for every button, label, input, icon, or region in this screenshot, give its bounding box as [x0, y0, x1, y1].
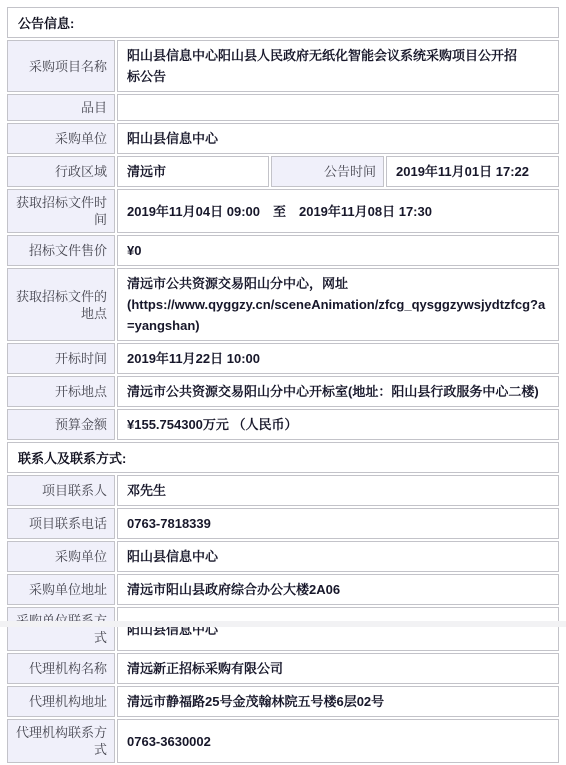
agency-contact-value: 0763-3630002: [117, 719, 559, 763]
budget-label: 预算金额: [7, 409, 115, 440]
doc-obtain-place-label: 获取招标文件的地点: [7, 268, 115, 341]
table-row: 招标文件售价 ¥0: [7, 235, 559, 266]
contact-person-label: 项目联系人: [7, 475, 115, 506]
doc-price-value: ¥0: [117, 235, 559, 266]
budget-value: ¥155.754300万元 （人民币）: [117, 409, 559, 440]
table-row: 代理机构名称 清远新正招标采购有限公司: [7, 653, 559, 684]
page-bottom-strip: [0, 621, 566, 627]
table-row: 采购单位 阳山县信息中心: [7, 123, 559, 154]
table-row: 代理机构地址 清远市静福路25号金茂翰林院五号楼6层02号: [7, 686, 559, 717]
region-value: 清远市: [117, 156, 269, 187]
category-value: [117, 94, 559, 121]
doc-obtain-time-label: 获取招标文件时间: [7, 189, 115, 233]
table-row: 获取招标文件的地点 清远市公共资源交易阳山分中心，网址 (https://www…: [7, 268, 559, 341]
table-row: 行政区域 清远市 公告时间 2019年11月01日 17:22: [7, 156, 559, 187]
bid-open-place-label: 开标地点: [7, 376, 115, 407]
region-label: 行政区域: [7, 156, 115, 187]
announce-time-label: 公告时间: [271, 156, 384, 187]
table-row: 采购单位 阳山县信息中心: [7, 541, 559, 572]
procurement-info-table: 公告信息: 采购项目名称 阳山县信息中心阳山县人民政府无纸化智能会议系统采购项目…: [5, 5, 561, 765]
agency-contact-label: 代理机构联系方式: [7, 719, 115, 763]
announcement-section-title: 公告信息:: [7, 7, 559, 38]
table-row: 项目联系电话 0763-7818339: [7, 508, 559, 539]
table-row: 采购单位地址 清远市阳山县政府综合办公大楼2A06: [7, 574, 559, 605]
bid-open-place-value: 清远市公共资源交易阳山分中心开标室(地址：阳山县行政服务中心二楼): [117, 376, 559, 407]
doc-obtain-time-value: 2019年11月04日 09:00 至 2019年11月08日 17:30: [117, 189, 559, 233]
contact-person-value: 邓先生: [117, 475, 559, 506]
contact-phone-label: 项目联系电话: [7, 508, 115, 539]
purchaser-label: 采购单位: [7, 123, 115, 154]
purchaser-address-value: 清远市阳山县政府综合办公大楼2A06: [117, 574, 559, 605]
category-label: 品目: [7, 94, 115, 121]
section-row-announcement: 公告信息:: [7, 7, 559, 38]
contact-purchaser-value: 阳山县信息中心: [117, 541, 559, 572]
doc-price-label: 招标文件售价: [7, 235, 115, 266]
agency-name-value: 清远新正招标采购有限公司: [117, 653, 559, 684]
purchaser-contact-label: 采购单位联系方式: [7, 607, 115, 651]
agency-address-value: 清远市静福路25号金茂翰林院五号楼6层02号: [117, 686, 559, 717]
purchaser-contact-value: 阳山县信息中心: [117, 607, 559, 651]
purchaser-address-label: 采购单位地址: [7, 574, 115, 605]
table-row: 开标时间 2019年11月22日 10:00: [7, 343, 559, 374]
announce-time-value: 2019年11月01日 17:22: [386, 156, 559, 187]
agency-name-label: 代理机构名称: [7, 653, 115, 684]
table-row: 采购项目名称 阳山县信息中心阳山县人民政府无纸化智能会议系统采购项目公开招 标公…: [7, 40, 559, 92]
table-wrap: 公告信息: 采购项目名称 阳山县信息中心阳山县人民政府无纸化智能会议系统采购项目…: [0, 0, 566, 765]
contact-section-title: 联系人及联系方式:: [7, 442, 559, 473]
project-name-value: 阳山县信息中心阳山县人民政府无纸化智能会议系统采购项目公开招 标公告: [117, 40, 559, 92]
agency-address-label: 代理机构地址: [7, 686, 115, 717]
doc-obtain-place-value: 清远市公共资源交易阳山分中心，网址 (https://www.qyggzy.cn…: [117, 268, 559, 341]
table-row: 预算金额 ¥155.754300万元 （人民币）: [7, 409, 559, 440]
bid-open-time-value: 2019年11月22日 10:00: [117, 343, 559, 374]
project-name-label: 采购项目名称: [7, 40, 115, 92]
table-row: 开标地点 清远市公共资源交易阳山分中心开标室(地址：阳山县行政服务中心二楼): [7, 376, 559, 407]
table-row: 获取招标文件时间 2019年11月04日 09:00 至 2019年11月08日…: [7, 189, 559, 233]
contact-phone-value: 0763-7818339: [117, 508, 559, 539]
announcement-page: 公告信息: 采购项目名称 阳山县信息中心阳山县人民政府无纸化智能会议系统采购项目…: [0, 0, 566, 627]
bid-open-time-label: 开标时间: [7, 343, 115, 374]
table-row: 项目联系人 邓先生: [7, 475, 559, 506]
contact-purchaser-label: 采购单位: [7, 541, 115, 572]
table-row: 采购单位联系方式 阳山县信息中心: [7, 607, 559, 651]
table-row: 代理机构联系方式 0763-3630002: [7, 719, 559, 763]
section-row-contact: 联系人及联系方式:: [7, 442, 559, 473]
purchaser-value: 阳山县信息中心: [117, 123, 559, 154]
table-row: 品目: [7, 94, 559, 121]
